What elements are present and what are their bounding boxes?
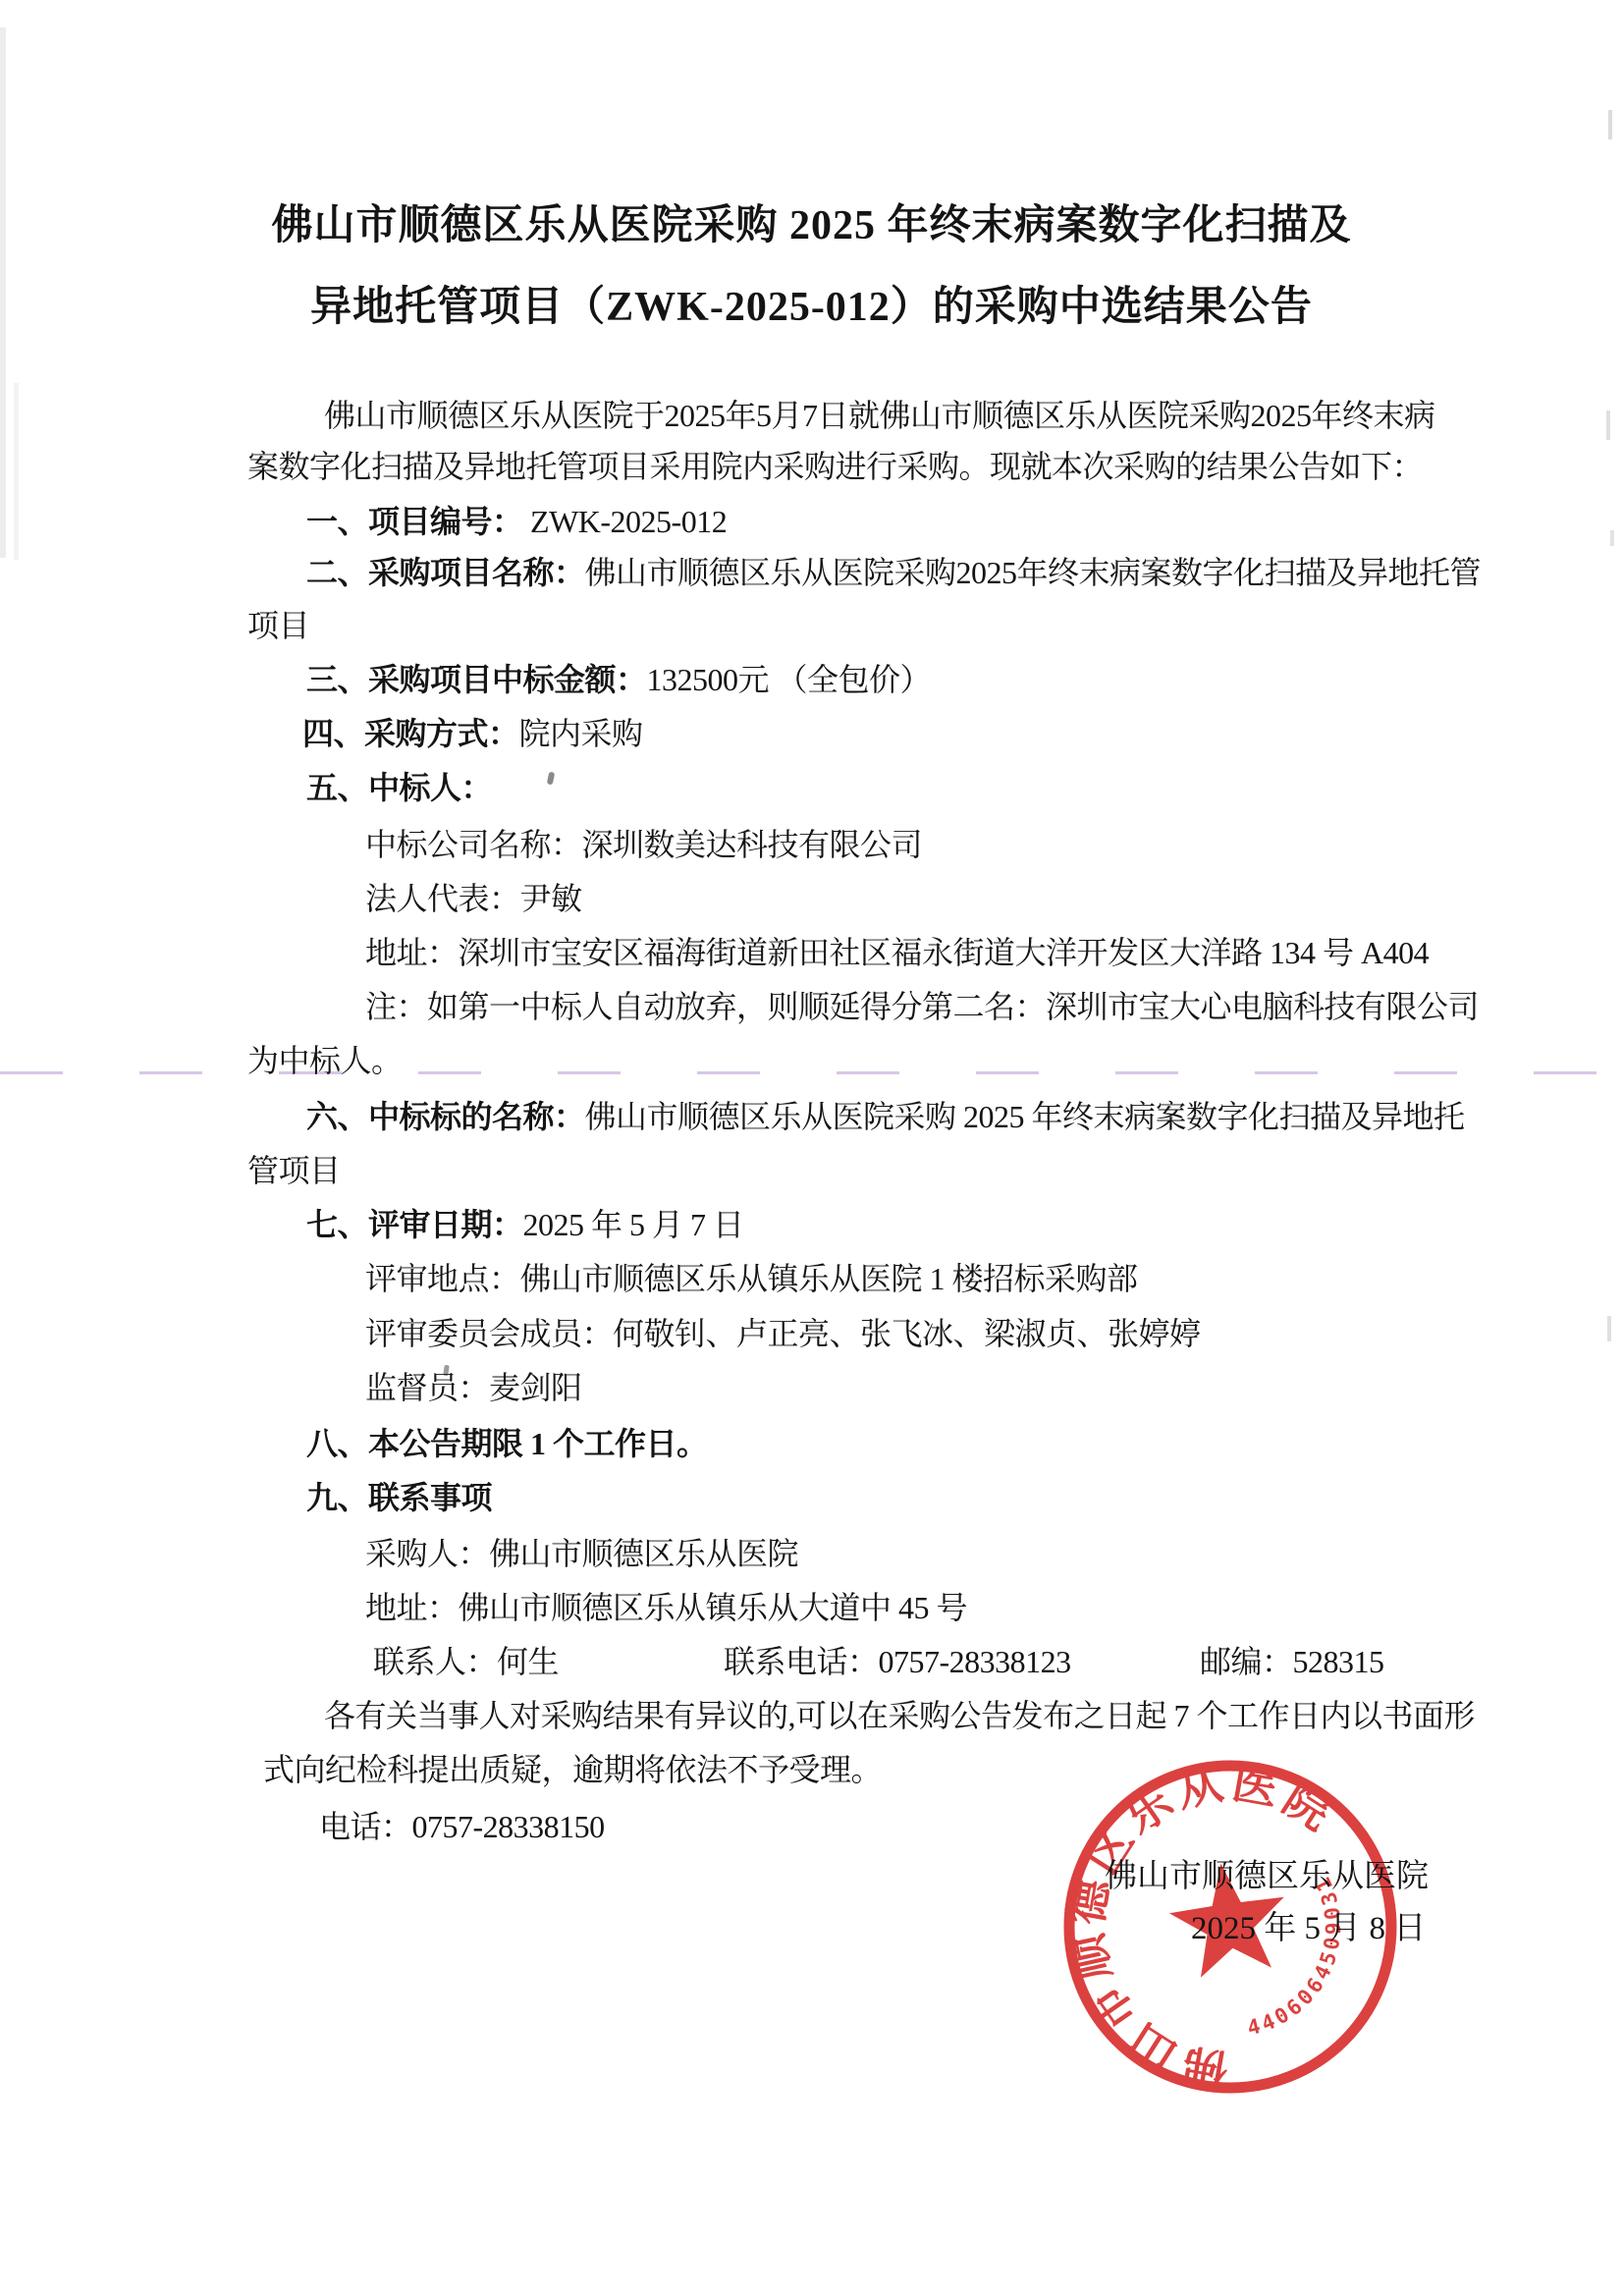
- scan-speck: [547, 772, 556, 786]
- title-line-2: 异地托管项目（ZWK-2025-012）的采购中选结果公告: [0, 274, 1623, 333]
- review-location-line: 评审地点：佛山市顺德区乐从镇乐从医院 1 楼招标采购部: [365, 1259, 1138, 1298]
- phone-line: 电话：0757-28338150: [319, 1807, 605, 1846]
- supervisor-line: 监督员：麦剑阳: [365, 1368, 582, 1407]
- intro-line-2: 案数字化扫描及异地托管项目采用院内采购进行采购。现就本次采购的结果公告如下：: [247, 447, 1423, 486]
- contact-zip: 邮编：528315: [1200, 1642, 1384, 1681]
- scan-edge-tick: [1607, 1316, 1611, 1341]
- item-review-date: 七、评审日期：2025 年 5 月 7 日: [306, 1205, 744, 1244]
- item-project-number: 一、项目编号： ZWK-2025-012: [306, 502, 727, 541]
- winner-company-line: 中标公司名称：深圳数美达科技有限公司: [365, 825, 922, 864]
- review-committee-line: 评审委员会成员：何敬钊、卢正亮、张飞冰、梁淑贞、张婷婷: [365, 1314, 1201, 1353]
- contact-person: 联系人：何生: [373, 1642, 559, 1681]
- winner-note-cont: 为中标人。: [247, 1041, 403, 1080]
- item-announcement-period: 八、本公告期限 1 个工作日。: [306, 1424, 708, 1463]
- intro-line-1: 佛山市顺德区乐从医院于2025年5月7日就佛山市顺德区乐从医院采购2025年终末…: [324, 396, 1435, 435]
- item-project-name-cont: 项目: [247, 606, 309, 645]
- objection-line-1: 各有关当事人对采购结果有异议的,可以在采购公告发布之日起 7 个工作日内以书面形: [324, 1696, 1475, 1735]
- purchaser-address-line: 地址：佛山市顺德区乐从镇乐从大道中 45 号: [365, 1588, 967, 1627]
- fold-line: [0, 1071, 1623, 1074]
- winner-address-line: 地址：深圳市宝安区福海街道新田社区福永街道大洋开发区大洋路 134 号 A404: [365, 933, 1429, 972]
- title-line-1: 佛山市顺德区乐从医院采购 2025 年终末病案数字化扫描及: [0, 192, 1623, 251]
- scan-edge-tick: [1608, 110, 1612, 139]
- contact-phone: 联系电话：0757-28338123: [724, 1642, 1071, 1681]
- scan-edge-tick: [1606, 410, 1610, 440]
- item-project-name: 二、采购项目名称：佛山市顺德区乐从医院采购2025年终末病案数字化扫描及异地托管: [306, 553, 1481, 592]
- item-contact-heading: 九、联系事项: [306, 1478, 492, 1517]
- purchaser-line: 采购人：佛山市顺德区乐从医院: [365, 1534, 798, 1573]
- item-award-amount: 三、采购项目中标金额：132500元 （全包价）: [306, 660, 931, 699]
- item-winner-heading: 五、中标人：: [306, 768, 492, 807]
- winner-note-line: 注：如第一中标人自动放弃，则顺延得分第二名：深圳市宝大心电脑科技有限公司: [365, 987, 1479, 1026]
- scanned-announcement-page: 佛山市顺德区乐从医院采购 2025 年终末病案数字化扫描及 异地托管项目（ZWK…: [0, 0, 1623, 2296]
- objection-line-2: 式向纪检科提出质疑，逾期将依法不予受理。: [263, 1750, 882, 1789]
- scan-edge-tick: [1610, 530, 1614, 546]
- item-procurement-method: 四、采购方式：院内采购: [302, 714, 643, 753]
- item-award-subject-cont: 管项目: [247, 1151, 341, 1190]
- winner-legal-rep-line: 法人代表：尹敏: [365, 879, 582, 918]
- item-award-subject: 六、中标标的名称：佛山市顺德区乐从医院采购 2025 年终末病案数字化扫描及异地…: [306, 1097, 1465, 1136]
- scan-edge-streak: [14, 383, 19, 560]
- signature-date: 2025 年 5 月 8 日: [1191, 1902, 1426, 1948]
- signature-org: 佛山市顺德区乐从医院: [1105, 1850, 1429, 1896]
